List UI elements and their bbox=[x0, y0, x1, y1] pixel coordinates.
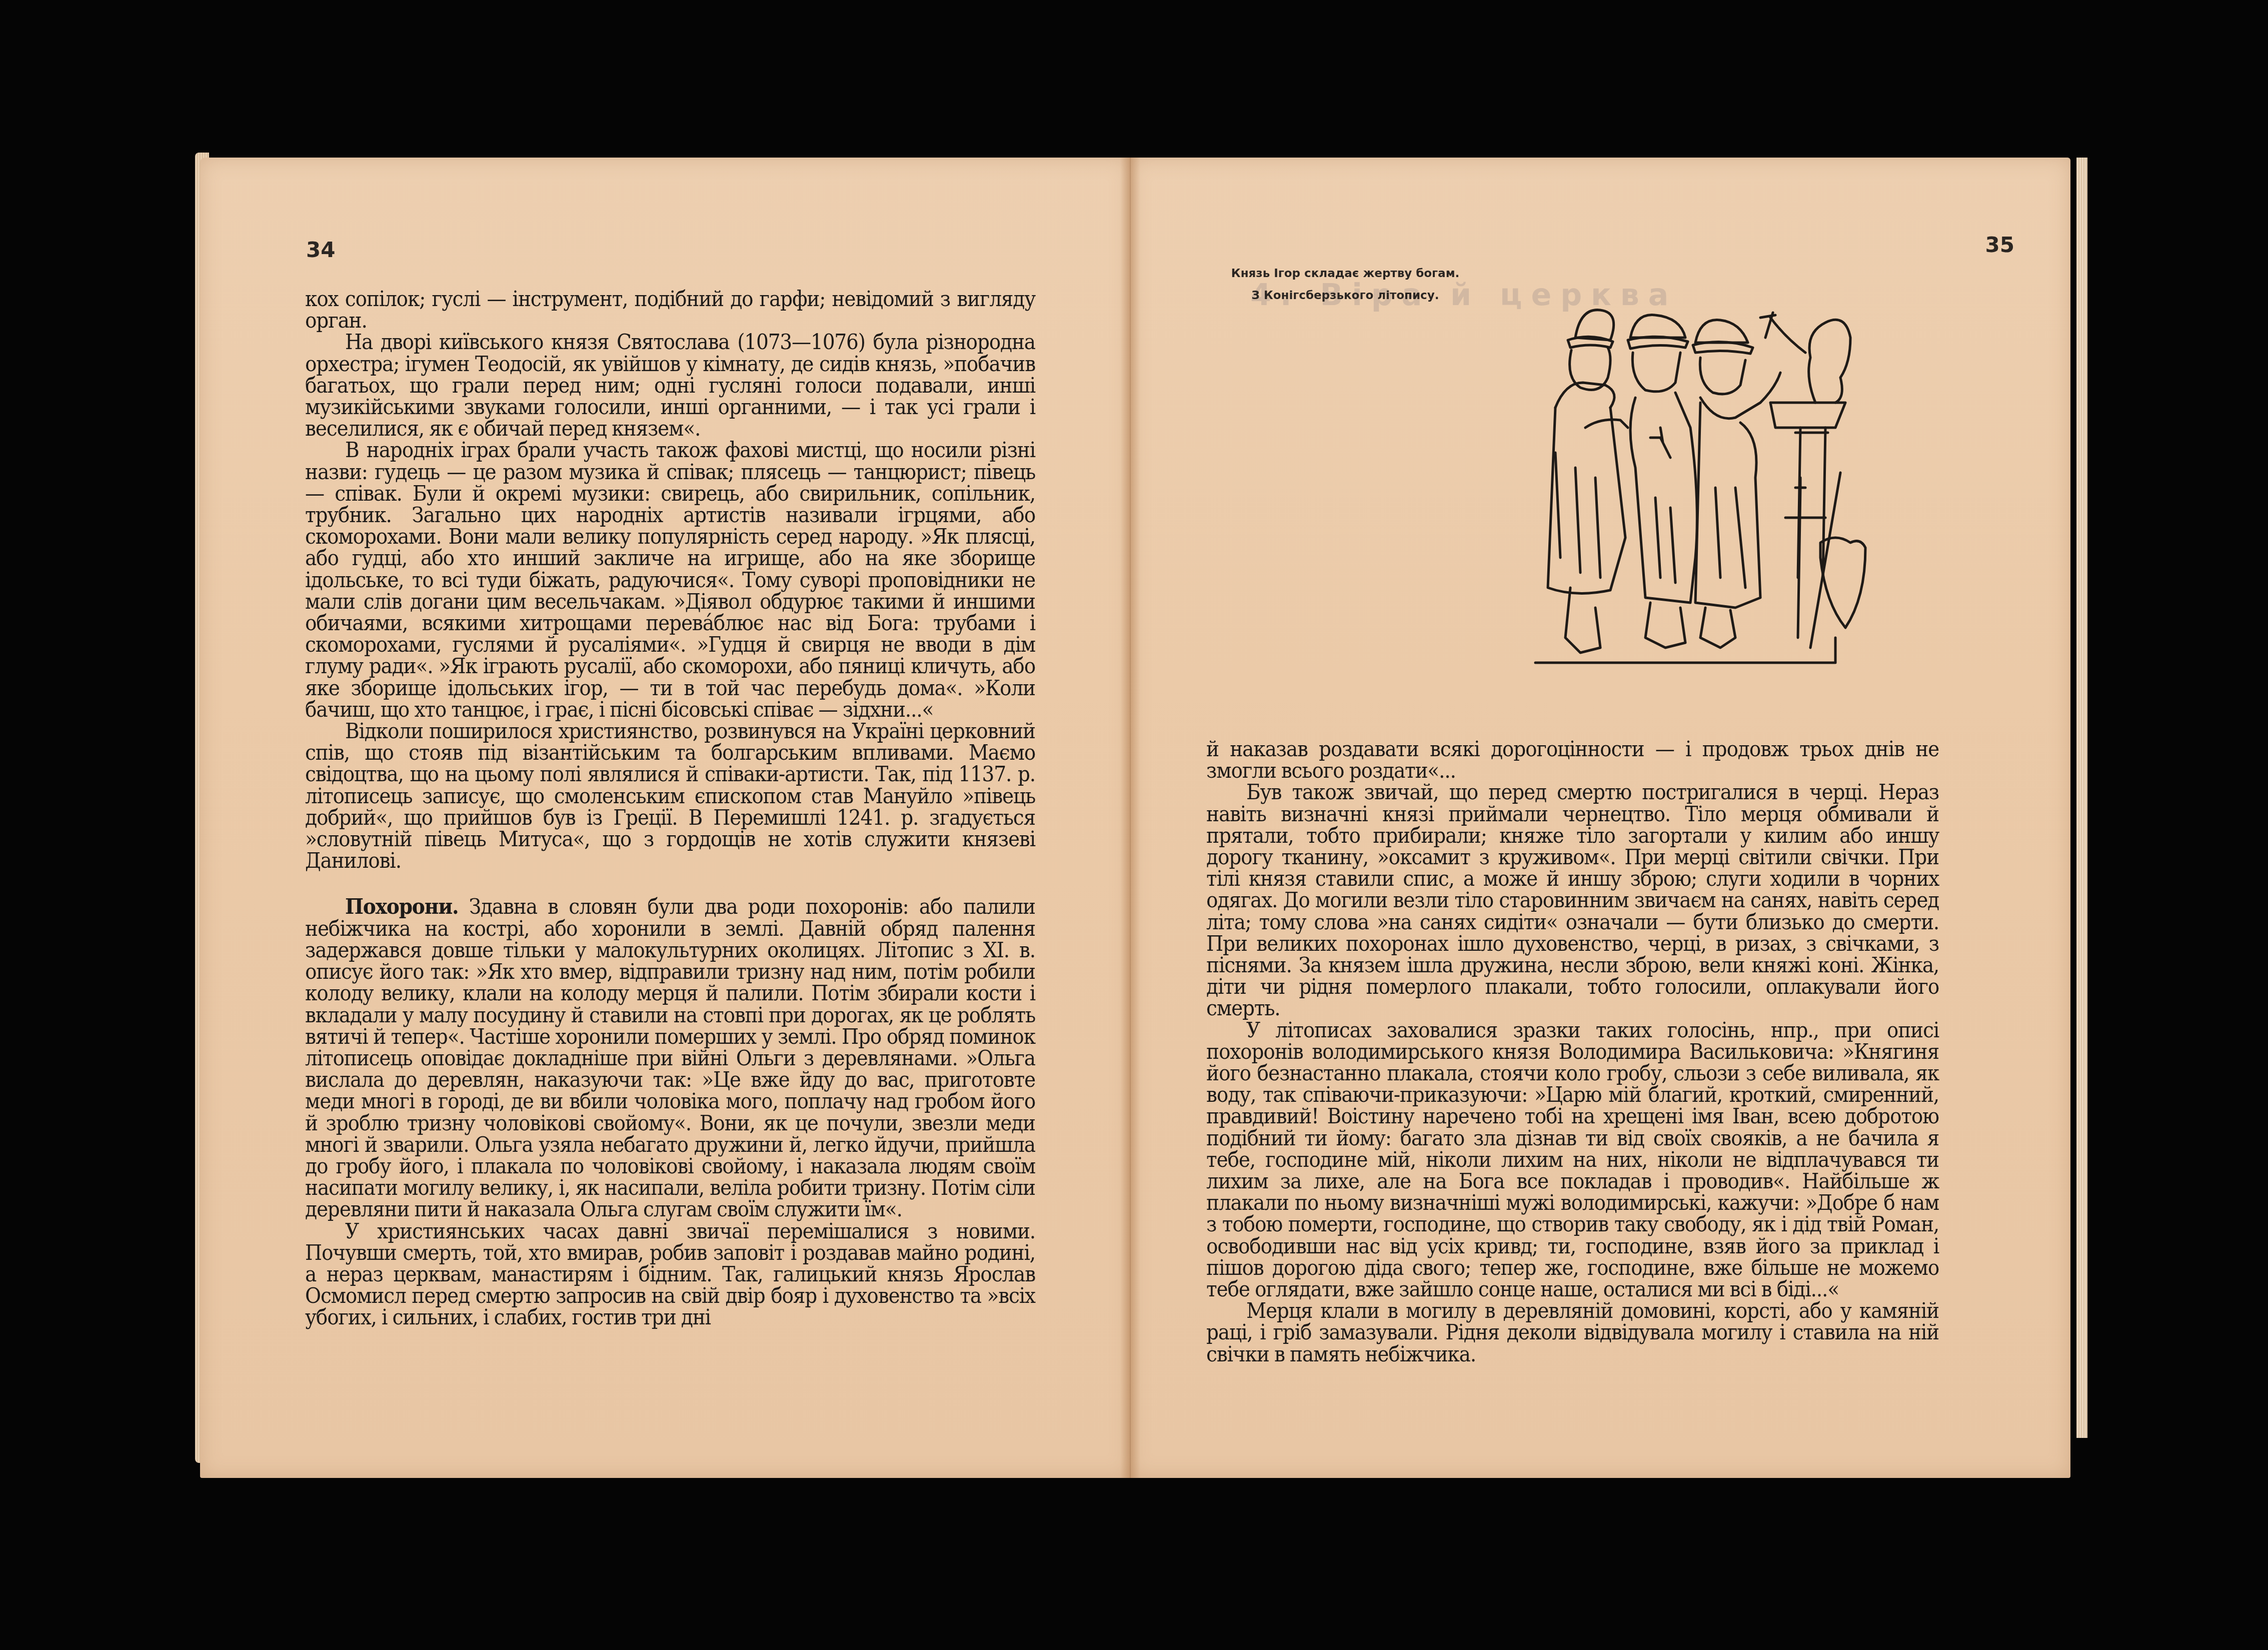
paragraph-text: Мерця клали в могилу в деревляній домови… bbox=[1206, 1298, 1939, 1366]
illustration-caption: Князь Ігор складає жертву богам. З Коніг… bbox=[1195, 263, 1495, 307]
paragraph: На дворі київського князя Святослава (10… bbox=[305, 332, 1035, 440]
paragraph: Відколи поширилося християнство, розвину… bbox=[305, 721, 1035, 872]
prince-igor-sacrifice-illustration bbox=[1525, 278, 1905, 678]
paragraph: й наказав роздавати всякі дорогоцінности… bbox=[1206, 739, 1939, 782]
paragraph-text: Був також звичай, що перед смертю постри… bbox=[1206, 780, 1939, 1021]
paragraph-text: й наказав роздавати всякі дорогоцінности… bbox=[1206, 737, 1939, 783]
right-page: 35 4. Віра й церква Князь Ігор складає ж… bbox=[1130, 158, 2070, 1478]
paragraph: кох сопілок; гуслі — інструмент, подібни… bbox=[305, 289, 1035, 332]
paragraph: Був також звичай, що перед смертю постри… bbox=[1206, 782, 1939, 1019]
open-book: 34 кох сопілок; гуслі — інструмент, поді… bbox=[200, 148, 2080, 1478]
paragraph: У християнських часах давні звичаї перем… bbox=[305, 1221, 1035, 1329]
caption-line-1: Князь Ігор складає жертву богам. bbox=[1195, 263, 1495, 285]
book-gutter bbox=[1120, 158, 1140, 1478]
left-page-text: кох сопілок; гуслі — інструмент, подібни… bbox=[305, 289, 1035, 1329]
page-number-right: 35 bbox=[1985, 233, 2014, 257]
paragraph-text: Здавна в словян були два роди похоронів:… bbox=[305, 894, 1035, 1222]
paragraph-text: На дворі київського князя Святослава (10… bbox=[305, 330, 1035, 441]
right-page-text: й наказав роздавати всякі дорогоцінности… bbox=[1206, 739, 1939, 1365]
caption-line-2: З Конігсберзького літопису. bbox=[1195, 285, 1495, 307]
paragraph-text: У літописах заховалися зразки таких голо… bbox=[1206, 1018, 1939, 1302]
page-edges-right bbox=[2076, 158, 2087, 1438]
paragraph-text: кох сопілок; гуслі — інструмент, подібни… bbox=[305, 287, 1035, 333]
paragraph-gap bbox=[305, 872, 1035, 896]
paragraph-text: У християнських часах давні звичаї перем… bbox=[305, 1219, 1035, 1330]
paragraph-text: В народніх іграх брали участь також фахо… bbox=[305, 438, 1035, 722]
paragraph: Мерця клали в могилу в деревляній домови… bbox=[1206, 1300, 1939, 1365]
left-page: 34 кох сопілок; гуслі — інструмент, поді… bbox=[200, 158, 1130, 1478]
paragraph: Похорони. Здавна в словян були два роди … bbox=[305, 896, 1035, 1220]
paragraph-text: Відколи поширилося християнство, розвину… bbox=[305, 719, 1035, 873]
paragraph: У літописах заховалися зразки таких голо… bbox=[1206, 1020, 1939, 1301]
page-number-left: 34 bbox=[306, 238, 335, 262]
paragraph: В народніх іграх брали участь також фахо… bbox=[305, 440, 1035, 721]
